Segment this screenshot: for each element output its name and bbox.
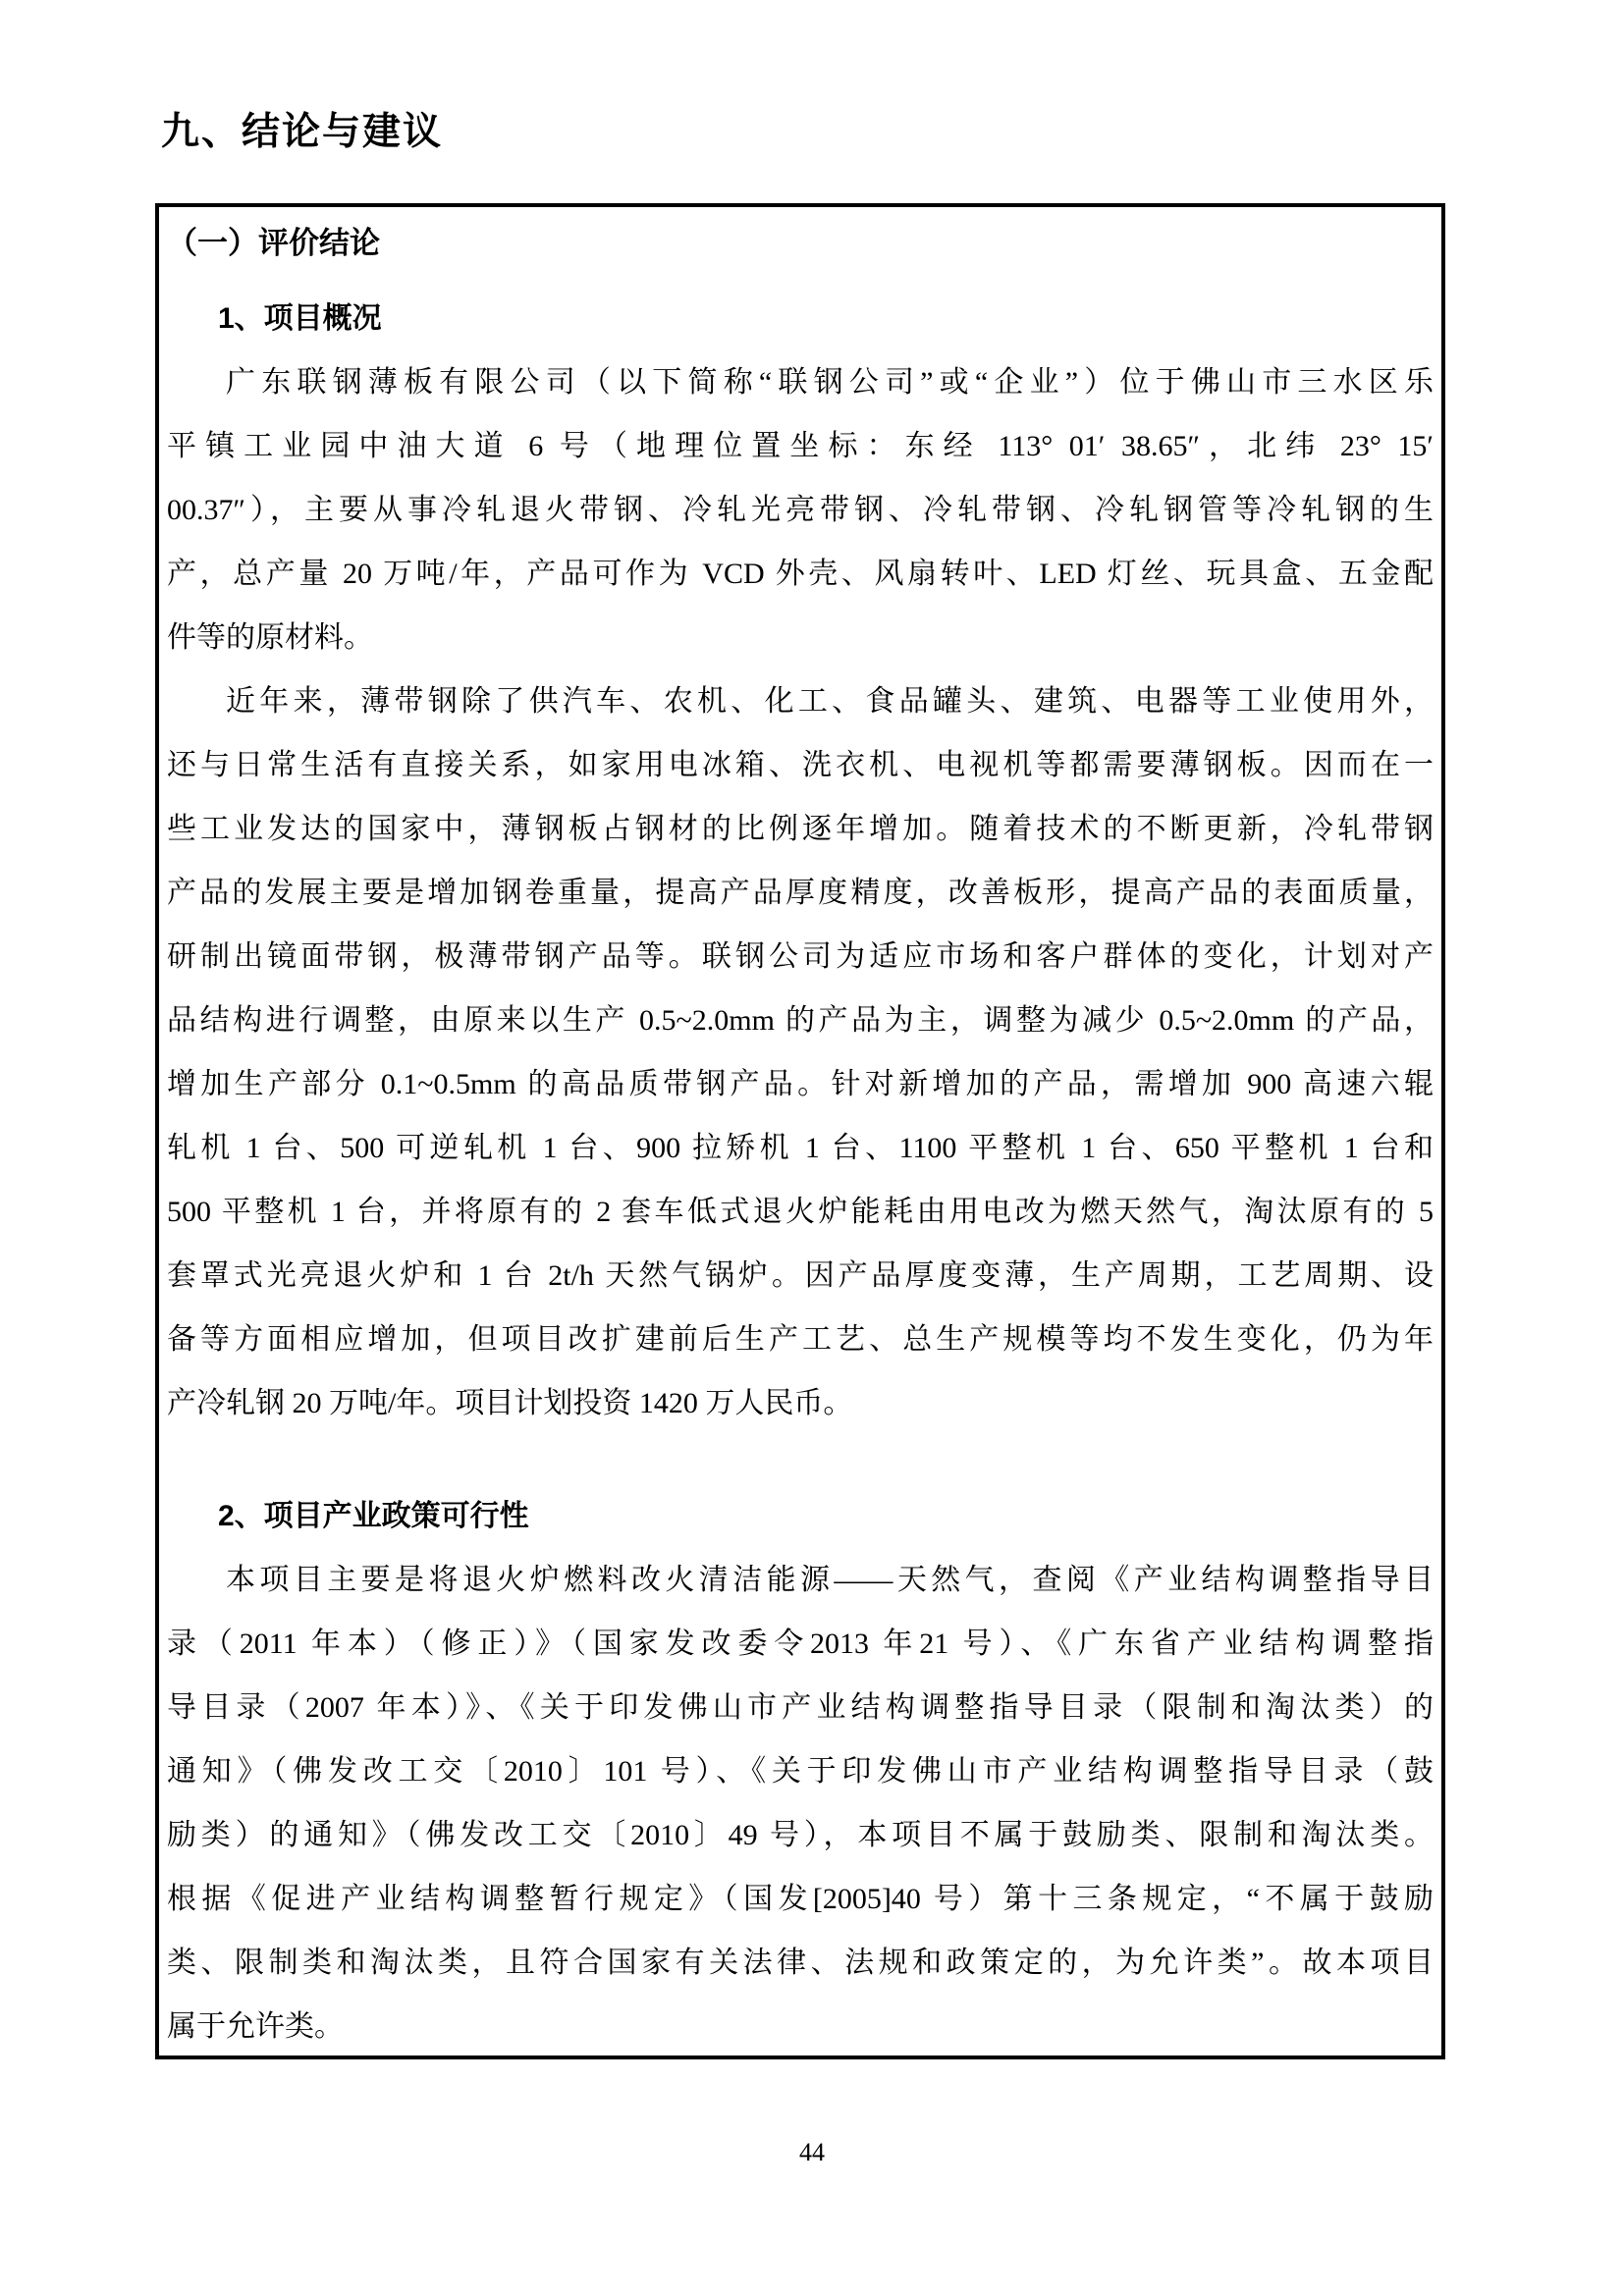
text-line: 导目录（2007 年本）》、《关于印发佛山市产业结构调整指导目录（限制和淘汰类）…	[167, 1676, 1434, 1739]
page-number: 44	[0, 2138, 1624, 2167]
text-line: 套罩式光亮退火炉和 1 台 2t/h 天然气锅炉。因产品厚度变薄，生产周期，工艺…	[167, 1244, 1434, 1308]
text-line: 根据《促进产业结构调整暂行规定》（国发[2005]40 号）第十三条规定，“不属…	[167, 1867, 1434, 1931]
text-line: 产，总产量 20 万吨/年，产品可作为 VCD 外壳、风扇转叶、LED 灯丝、玩…	[167, 542, 1434, 606]
text-line: 备等方面相应增加，但项目改扩建前后生产工艺、总生产规模等均不发生变化，仍为年	[167, 1308, 1434, 1371]
text-line: 近年来，薄带钢除了供汽车、农机、化工、食品罐头、建筑、电器等工业使用外，	[167, 669, 1434, 733]
paragraph: 近年来，薄带钢除了供汽车、农机、化工、食品罐头、建筑、电器等工业使用外，还与日常…	[167, 669, 1434, 1435]
text-line: 属于允许类。	[167, 1995, 1434, 2058]
text-line: 品结构进行调整，由原来以生产 0.5~2.0mm 的产品为主，调整为减少 0.5…	[167, 988, 1434, 1052]
box-body: 1、项目概况广东联钢薄板有限公司（以下简称“联钢公司”或“企业”）位于佛山市三水…	[167, 287, 1434, 2058]
text-line: 轧机 1 台、500 可逆轧机 1 台、900 拉矫机 1 台、1100 平整机…	[167, 1116, 1434, 1180]
text-line: 还与日常生活有直接关系，如家用电冰箱、洗衣机、电视机等都需要薄钢板。因而在一	[167, 733, 1434, 797]
text-line: 500 平整机 1 台，并将原有的 2 套车低式退火炉能耗由用电改为燃天然气，淘…	[167, 1180, 1434, 1244]
text-line: 通知》（佛发改工交〔2010〕101 号）、《关于印发佛山市产业结构调整指导目录…	[167, 1739, 1434, 1803]
subsection-heading: 1、项目概况	[167, 287, 1434, 350]
text-line: 励类）的通知》（佛发改工交〔2010〕49 号），本项目不属于鼓励类、限制和淘汰…	[167, 1803, 1434, 1867]
text-line: 00.37″），主要从事冷轧退火带钢、冷轧光亮带钢、冷轧带钢、冷轧钢管等冷轧钢的…	[167, 478, 1434, 542]
text-line: 产冷轧钢 20 万吨/年。项目计划投资 1420 万人民币。	[167, 1371, 1434, 1435]
text-line: 研制出镜面带钢，极薄带钢产品等。联钢公司为适应市场和客户群体的变化，计划对产	[167, 925, 1434, 988]
text-line: 件等的原材料。	[167, 606, 1434, 669]
text-line: 产品的发展主要是增加钢卷重量，提高产品厚度精度，改善板形，提高产品的表面质量，	[167, 861, 1434, 925]
section-heading: （一）评价结论	[167, 211, 1434, 275]
text-line: 增加生产部分 0.1~0.5mm 的高品质带钢产品。针对新增加的产品，需增加 9…	[167, 1052, 1434, 1116]
text-line: 录（2011 年本）（修正）》（国家发改委令2013 年21 号）、《广东省产业…	[167, 1612, 1434, 1676]
text-line: 类、限制类和淘汰类，且符合国家有关法律、法规和政策定的，为允许类”。故本项目	[167, 1931, 1434, 1995]
subsection-heading: 2、项目产业政策可行性	[167, 1484, 1434, 1548]
content-box: （一）评价结论 1、项目概况广东联钢薄板有限公司（以下简称“联钢公司”或“企业”…	[155, 203, 1445, 2059]
paragraph: 广东联钢薄板有限公司（以下简称“联钢公司”或“企业”）位于佛山市三水区乐平镇工业…	[167, 350, 1434, 669]
text-line: 广东联钢薄板有限公司（以下简称“联钢公司”或“企业”）位于佛山市三水区乐	[167, 350, 1434, 414]
text-line: 本项目主要是将退火炉燃料改火清洁能源——天然气，查阅《产业结构调整指导目	[167, 1548, 1434, 1612]
paragraph: 本项目主要是将退火炉燃料改火清洁能源——天然气，查阅《产业结构调整指导目录（20…	[167, 1548, 1434, 2058]
text-line: 些工业发达的国家中，薄钢板占钢材的比例逐年增加。随着技术的不断更新，冷轧带钢	[167, 797, 1434, 861]
text-line: 平镇工业园中油大道 6 号（地理位置坐标：东经 113° 01′ 38.65″，…	[167, 414, 1434, 478]
page-title: 九、结论与建议	[161, 101, 443, 156]
document-page: 九、结论与建议 （一）评价结论 1、项目概况广东联钢薄板有限公司（以下简称“联钢…	[0, 0, 1624, 2296]
